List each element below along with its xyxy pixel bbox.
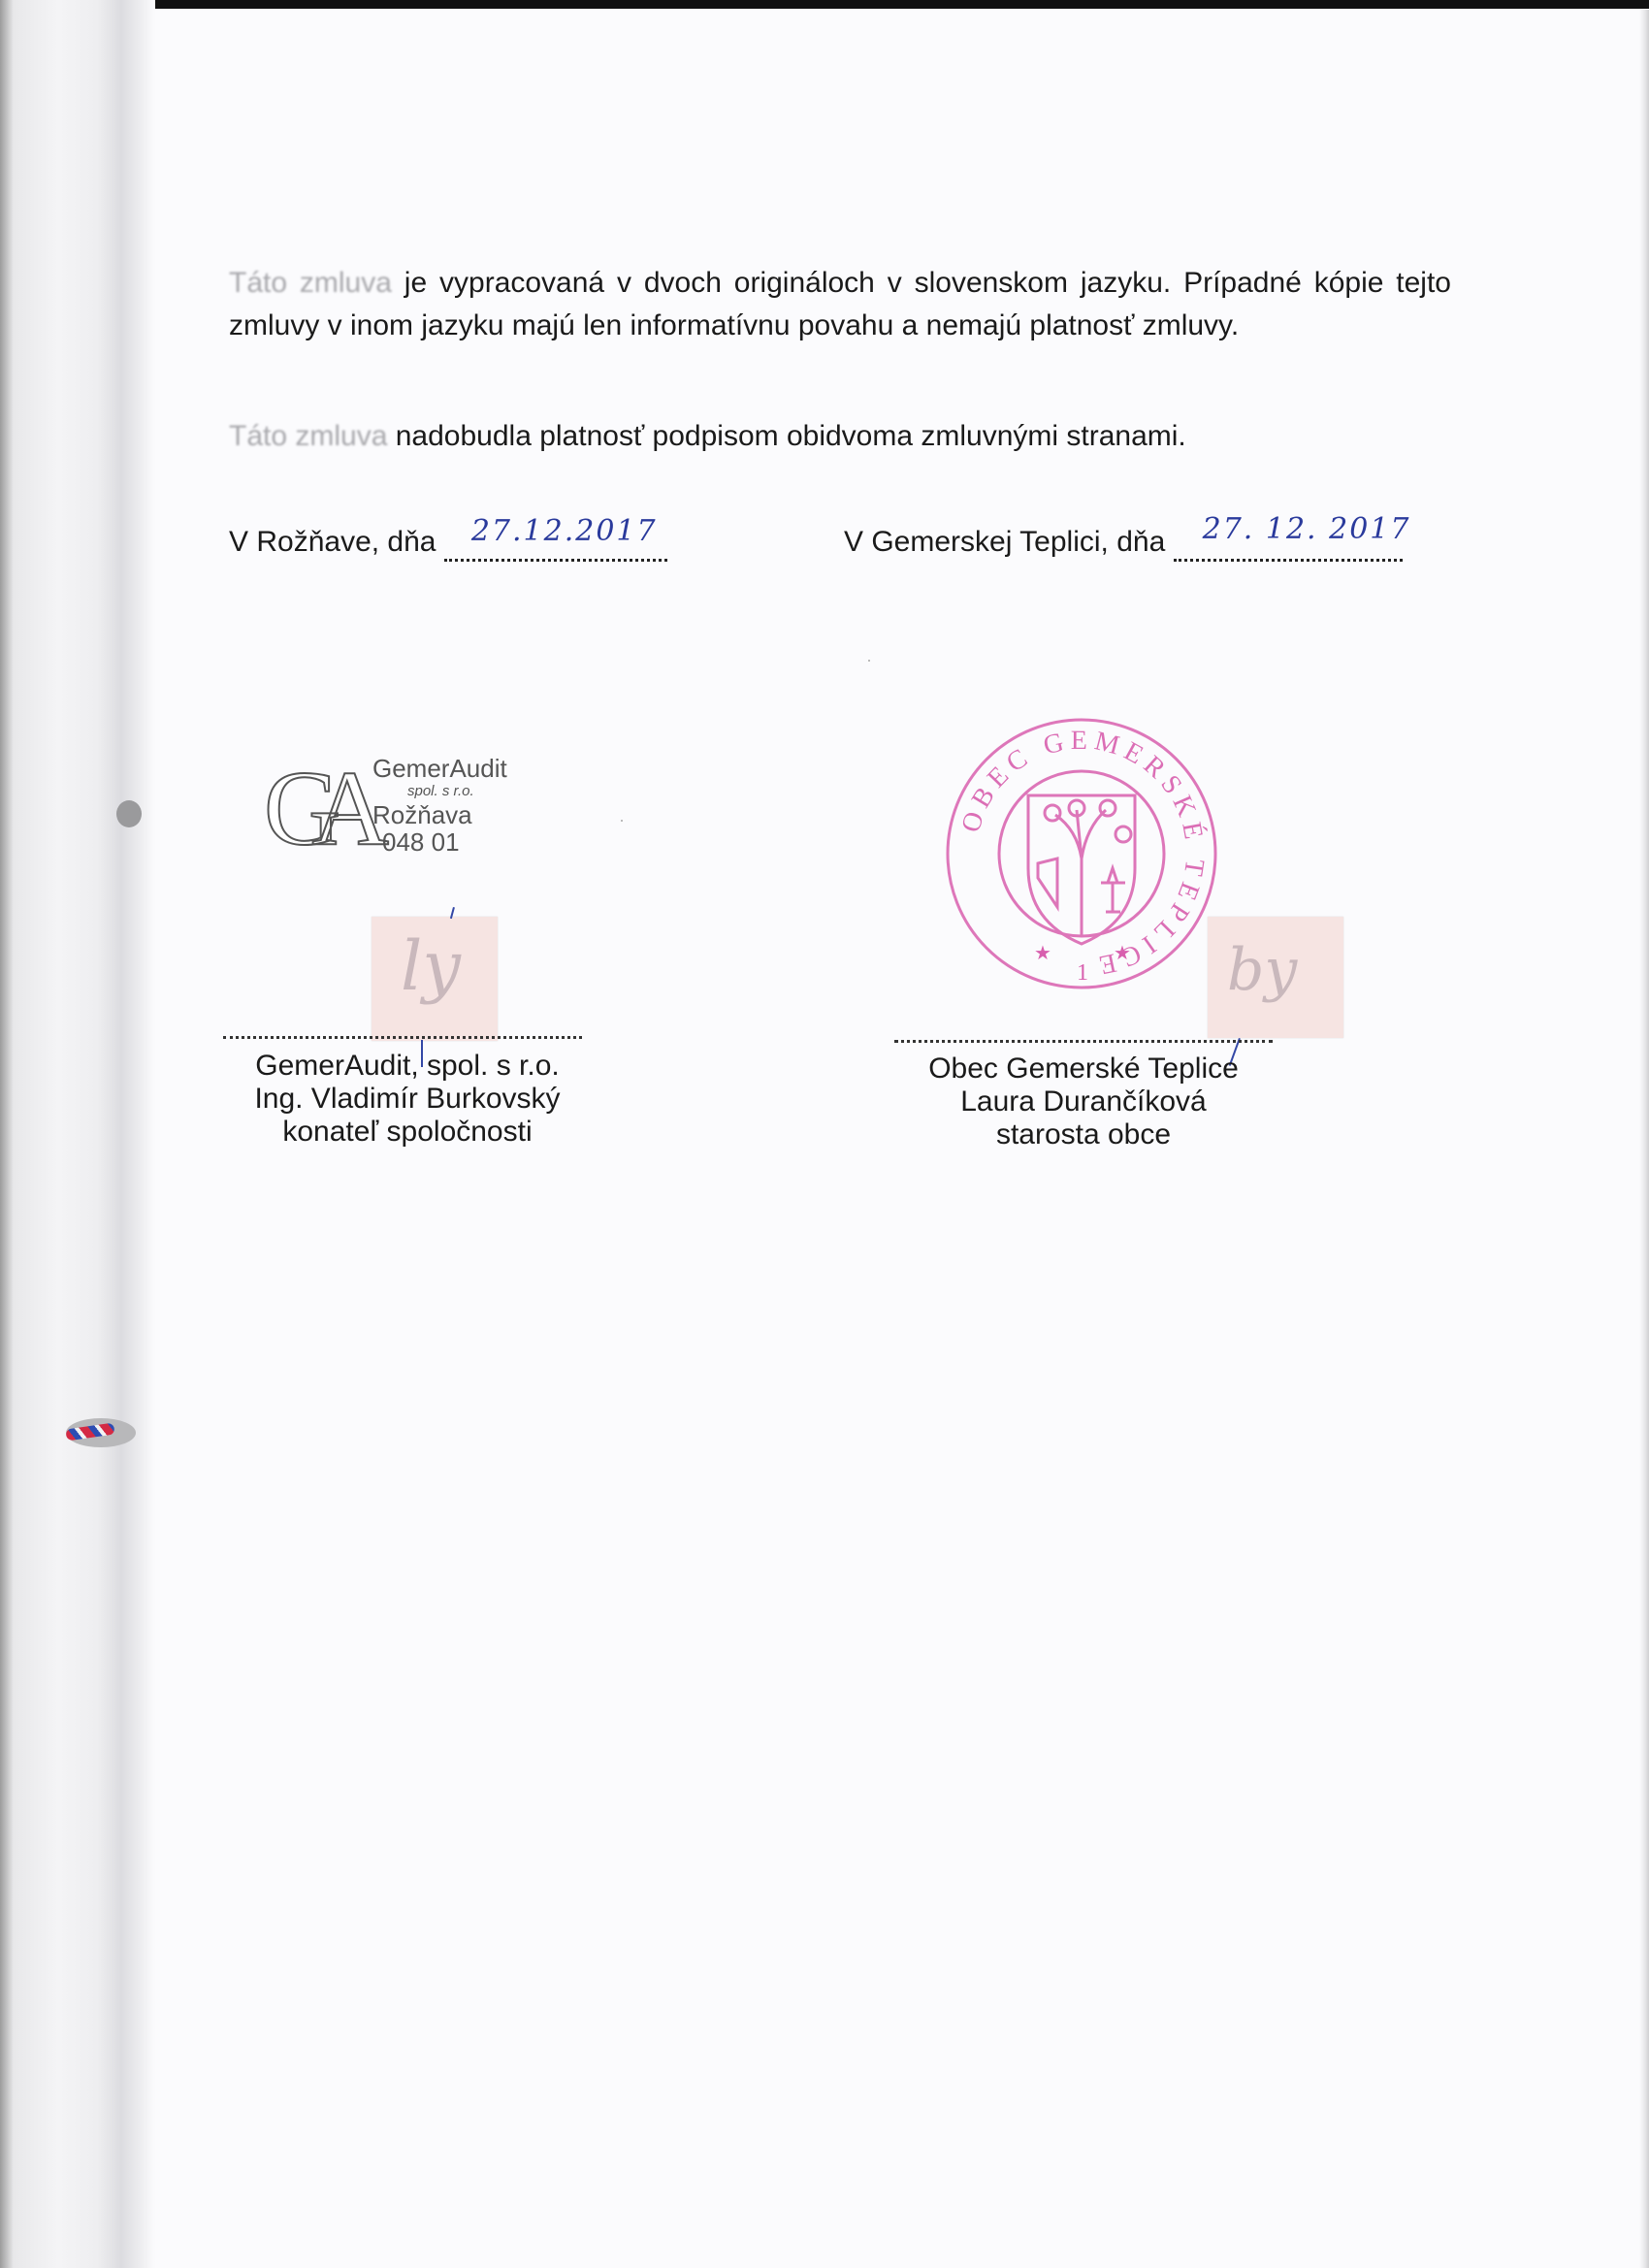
signatory-right: Obec Gemerské Teplice Laura Durančíková …: [889, 1053, 1277, 1151]
binding-fold-shadow: [0, 0, 155, 2268]
faded-text: Táto zmluva: [229, 267, 404, 299]
paragraph-text: Táto zmluva nadobudla platnosť podpisom …: [229, 420, 1186, 452]
date-left-handwritten: 27.12.2017: [471, 514, 658, 548]
stamp-line: GemerAudit: [372, 755, 507, 782]
date-left-field: 27.12.2017: [444, 526, 667, 562]
signature-scribble: by: [1227, 936, 1297, 1004]
stamp-line: 048 01: [372, 828, 507, 856]
date-left-label: V Rožňave, dňa: [229, 526, 436, 558]
signatory-name: Ing. Vladimír Burkovský: [213, 1083, 601, 1116]
svg-text:1: 1: [1077, 960, 1088, 986]
signature-scribble: ly: [401, 926, 461, 1006]
scan-speck: [621, 820, 623, 822]
date-right-label: V Gemerskej Teplici, dňa: [844, 526, 1165, 558]
date-right-field: 27. 12. 2017: [1174, 526, 1403, 562]
signature-left: ly: [372, 917, 498, 1041]
scan-top-border: [0, 0, 1649, 9]
paragraph-text: je vypracovaná v dvoch origináloch v slo…: [229, 267, 1451, 341]
date-right: V Gemerskej Teplici, dňa 27. 12. 2017: [844, 526, 1403, 562]
signatory-company: Obec Gemerské Teplice: [889, 1053, 1277, 1085]
paragraph-validity: Táto zmluva nadobudla platnosť podpisom …: [229, 415, 1451, 458]
stamp-line: Rožňava: [372, 801, 507, 828]
date-left: V Rožňave, dňa 27.12.2017: [229, 526, 667, 562]
signatory-company: GemerAudit, spol. s r.o.: [213, 1050, 601, 1083]
svg-text:★: ★: [1034, 943, 1051, 964]
date-right-handwritten: 27. 12. 2017: [1203, 512, 1411, 546]
signatory-left: GemerAudit, spol. s r.o. Ing. Vladimír B…: [213, 1050, 601, 1149]
page-right-edge: [1639, 10, 1649, 2268]
signatory-role: konateľ spoločnosti: [213, 1116, 601, 1149]
signature-line-right: [894, 1040, 1273, 1043]
company-stamp-text: GemerAudit spol. s r.o. Rožňava 048 01: [372, 755, 507, 856]
signature-right: by: [1208, 917, 1343, 1038]
svg-text:★: ★: [1114, 943, 1131, 964]
signatory-name: Laura Durančíková: [889, 1085, 1277, 1118]
paragraph-copies: Táto zmluva je vypracovaná v dvoch origi…: [229, 262, 1451, 347]
municipal-seal-icon: OBEC GEMERSKÉ TEPLICE ★ ★ 1: [941, 713, 1222, 994]
signatory-role: starosta obce: [889, 1118, 1277, 1151]
scan-speck: [868, 660, 870, 662]
company-stamp: GA GemerAudit spol. s r.o. Rožňava 048 0…: [264, 755, 574, 861]
stamp-line: spol. s r.o.: [372, 782, 507, 801]
signature-line-left: [223, 1036, 582, 1039]
punch-hole-icon: [116, 800, 142, 827]
ga-monogram-icon: GA: [264, 755, 360, 861]
